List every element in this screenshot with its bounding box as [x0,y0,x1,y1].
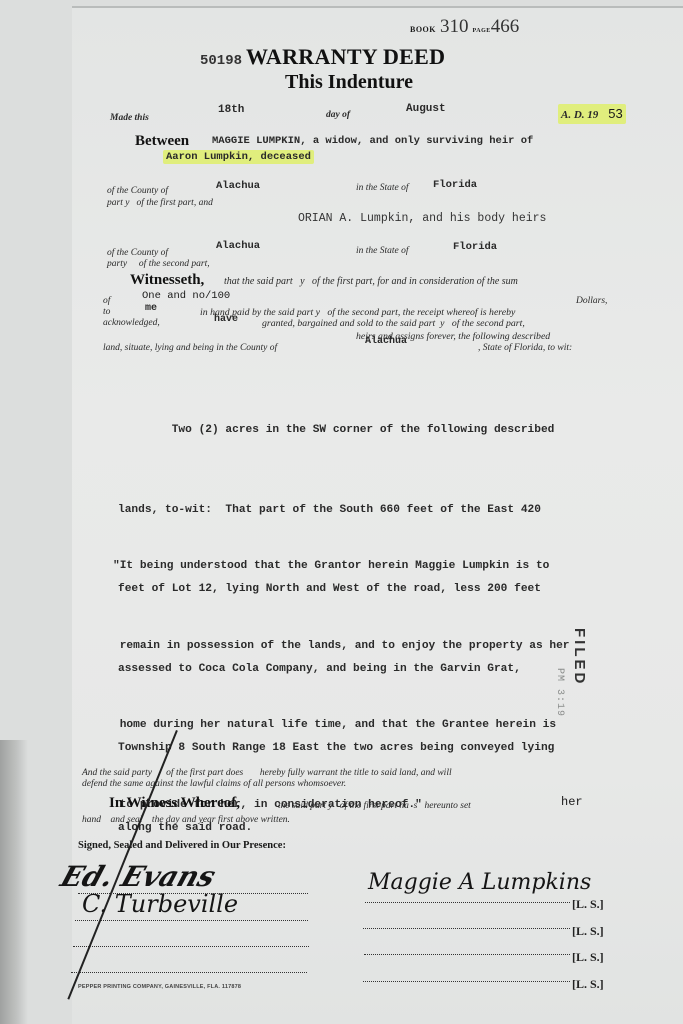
witness-line-4 [71,972,307,973]
first-part-label: part y of the first part, and [107,198,213,208]
presence-label: Signed, Sealed and Delivered in Our Pres… [78,840,286,851]
seal-label: [L. S.] [572,924,604,939]
scan-edge-shadow [0,740,28,1024]
seal-line-2 [363,928,570,929]
grantor-line-1: MAGGIE LUMPKIN, a widow, and only surviv… [212,135,533,147]
seal-label: [L. S.] [572,977,604,992]
condition-line: remain in possession of the lands, and t… [113,633,570,660]
witnesseth-line-1: that the said part y of the first part, … [224,276,518,287]
first-county: Alachua [216,180,260,192]
document-subtitle: This Indenture [285,71,413,94]
between-label: Between [135,133,189,150]
deed-day: 18th [218,104,244,116]
seal-line-1 [365,902,570,903]
condition-clause: "It being understood that the Grantor he… [113,500,570,845]
witness-line-1 [78,893,308,894]
deed-year: 53 [608,106,622,121]
first-state-label: in the State of [356,183,409,193]
second-state-label: in the State of [356,246,409,256]
second-county-label: of the County of [107,248,168,258]
grantee-name: ORIAN A. Lumpkin, and his body heirs [298,212,546,225]
document-title: WARRANTY DEED [246,44,445,69]
witness-line-2 [75,920,308,921]
acknowledged-label: acknowledged, [103,318,160,328]
ad-label: A. D. 19 [561,109,598,121]
witnesseth-line-4: granted, bargained and sold to the said … [262,318,525,329]
grantor-line-2: Aaron Lumpkin, deceased [163,150,314,164]
of-label: of [103,296,110,306]
seal-label: [L. S.] [572,950,604,965]
witness-line-3 [73,946,309,947]
seal-line-4 [363,981,570,982]
witness-value: her [561,795,583,809]
document-number: 50198 [200,53,242,69]
witness-signature-1: Ed. Evans [57,860,220,893]
have-value: have [214,314,238,325]
witnesseth-line-6: land, situate, lying and being in the Co… [103,343,277,353]
dollars-label: Dollars, [576,296,607,306]
witnesseth-label: Witnesseth, [130,272,204,289]
book-label: BOOK [410,25,436,34]
to-value: me [145,303,157,314]
printer-imprint: PEPPER PRINTING COMPANY, GAINESVILLE, FL… [78,984,241,990]
grantor-signature: Maggie A Lumpkins [368,870,591,895]
to-label: to [103,307,110,317]
witness-line: the said part y of the first part ha s h… [278,801,471,811]
page-label: PAGE [473,28,491,34]
book-page-reference: BOOK 310 PAGE466 [410,16,519,38]
second-part-label: party of the second part, [107,259,210,269]
second-county: Alachua [216,240,260,252]
condition-line: home during her natural life time, and t… [113,712,570,739]
seal-line-3 [364,954,570,955]
filed-stamp: FILED [571,628,588,686]
witnesseth-line-6-end: , State of Florida, to wit: [478,343,572,353]
title-row: 50198 WARRANTY DEED [200,44,445,70]
first-county-label: of the County of [107,186,168,196]
witness-signature-2: C. Turbeville [82,890,238,918]
warranty-line-1: And the said party of the first part doe… [82,768,452,778]
warranty-line-4: hand and seal the day and year first abo… [82,815,290,825]
consideration-sum: One and no/100 [142,290,230,302]
legal-line: Two (2) acres in the SW corner of the fo… [118,417,554,444]
witnesseth-line-3: in hand paid by the said part y of the s… [200,307,515,318]
warranty-line-2: defend the same against the lawful claim… [82,779,346,789]
first-state: Florida [433,179,477,191]
book-number: 310 [440,16,469,37]
condition-line: "It being understood that the Grantor he… [113,553,570,580]
filed-time-stamp: PM 3:19 [554,668,565,717]
in-witness-whereof-label: In Witness Whereof, [109,795,240,812]
seal-label: [L. S.] [572,897,604,912]
made-this-label: Made this [110,113,149,123]
land-county: Alachua [365,336,407,347]
year-highlight: A. D. 19 53 [558,104,626,124]
deed-month: August [406,103,446,115]
day-of-label: day of [326,110,350,120]
page-number: 466 [491,16,520,37]
second-state: Florida [453,241,497,253]
